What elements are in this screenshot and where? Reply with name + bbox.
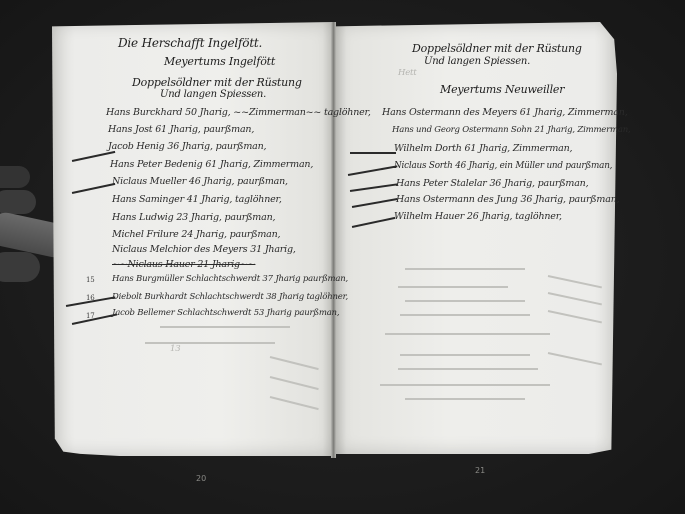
bleed-through-line <box>398 286 508 288</box>
bleed-through-line <box>405 300 525 302</box>
bleed-through-line <box>405 268 525 270</box>
right-folio-number: 21 <box>475 466 485 475</box>
bleed-through-line <box>160 326 290 328</box>
left-entry-3: Jacob Henig 36 Jharig, paurßman, <box>108 141 266 152</box>
bleed-through-line <box>380 384 550 386</box>
left-entry-7: Hans Ludwig 23 Jharig, paurßman, <box>112 212 275 223</box>
right-entry-5: Hans Peter Stalelar 36 Jharig, paurßman, <box>396 178 588 189</box>
left-entry-12: Diebolt Burkhardt Schlachtschwerdt 38 Jh… <box>112 292 348 302</box>
left-entry-11: Hans Burgmüller Schlachtschwerdt 37 Jhar… <box>112 274 348 284</box>
left-heading-lordship: Die Herschafft Ingelfött. <box>118 36 262 50</box>
left-entry-6: Hans Saminger 41 Jharig, taglöhner, <box>112 194 282 205</box>
faint-note: 13 <box>170 344 180 354</box>
bleed-through-line <box>385 333 550 335</box>
right-entry-4: Niclaus Sorth 46 Jharig, ein Müller und … <box>394 161 612 171</box>
right-heading-troop-arms: Und langen Spiessen. <box>424 56 530 67</box>
right-entry-6: Hans Ostermann des Jung 36 Jharig, paurß… <box>396 194 619 205</box>
margin-number-15: 15 <box>86 276 95 284</box>
right-heading-mayorship: Meyertums Neuweiller <box>440 83 564 96</box>
bleed-through-line <box>400 314 530 316</box>
right-entry-7: Wilhelm Hauer 26 Jharig, taglöhner, <box>394 211 562 222</box>
left-entry-4: Hans Peter Bedenig 61 Jharig, Zimmerman, <box>110 159 313 170</box>
left-heading-troop-arms: Und langen Spiessen. <box>160 89 266 100</box>
left-entry-9: Niclaus Melchior des Meyers 31 Jharig, <box>112 244 296 255</box>
right-faint-note: Hett <box>398 68 416 78</box>
right-heading-troop-type: Doppelsöldner mit der Rüstung <box>412 42 582 55</box>
bleed-through-line <box>400 354 530 356</box>
book-gutter <box>331 22 336 458</box>
left-entry-13: Jacob Bellemer Schlachtschwerdt 53 Jhari… <box>112 308 339 318</box>
left-entry-1: Hans Burckhard 50 Jharig, ~~Zimmerman~~ … <box>106 107 371 118</box>
left-entry-2: Hans Jost 61 Jharig, paurßman, <box>108 124 254 135</box>
tally-mark <box>350 152 396 154</box>
bleed-through-line <box>398 368 538 370</box>
right-entry-1: Hans Ostermann des Meyers 61 Jharig, Zim… <box>382 107 628 118</box>
bleed-through-line <box>145 342 275 344</box>
right-entry-3: Wilhelm Dorth 61 Jharig, Zimmerman, <box>394 143 572 154</box>
left-folio-number: 20 <box>196 474 206 483</box>
bleed-through-line <box>405 398 525 400</box>
left-entry-8: Michel Frilure 24 Jharig, paurßman, <box>112 229 280 240</box>
left-heading-mayorship: Meyertums Ingelfött <box>164 55 275 68</box>
right-entry-2: Hans und Georg Ostermann Sohn 21 Jharig,… <box>392 125 631 135</box>
left-heading-troop-type: Doppelsöldner mit der Rüstung <box>132 76 302 89</box>
left-entry-10-struck: ~~Niclaus Hauer 21 Jharig~~ <box>112 259 255 270</box>
left-entry-5: Niclaus Mueller 46 Jharig, paurßman, <box>112 176 288 187</box>
